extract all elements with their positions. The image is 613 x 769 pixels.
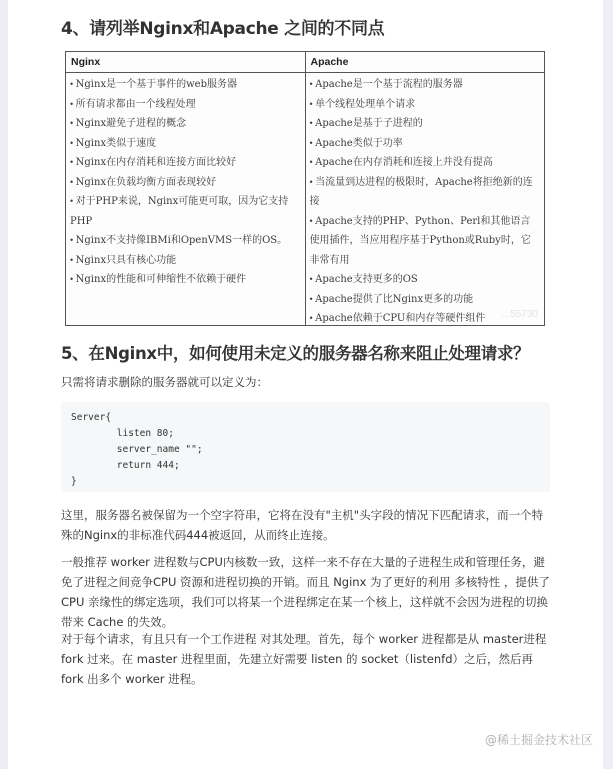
apache-column-header: Apache	[306, 52, 545, 73]
apache-item: Apache支持的PHP、Python、Perl和其他语言使用插件，当应用程序基…	[310, 212, 541, 271]
paragraph-empty-server-name: 这里，服务器名被保留为一个空字符串，它将在没有"主机"头字段的情况下匹配请求，而…	[61, 505, 551, 545]
nginx-column-body: Nginx是一个基于事件的web服务器 所有请求都由一个线程处理 Nginx避免…	[66, 73, 305, 290]
apache-item: Apache在内存消耗和连接上并没有提高	[310, 153, 541, 173]
footer-watermark: @稀土掘金技术社区	[485, 731, 593, 748]
document-page: 4、请列举Nginx和Apache 之间的不同点 Nginx Nginx是一个基…	[8, 0, 603, 769]
apache-item: Apache类似于功率	[310, 134, 541, 154]
nginx-apache-comparison-table: Nginx Nginx是一个基于事件的web服务器 所有请求都由一个线程处理 N…	[65, 51, 545, 326]
nginx-item: Nginx在内存消耗和连接方面比较好	[70, 153, 301, 173]
code-block: Server{ listen 80; server_name ""; retur…	[61, 402, 550, 492]
nginx-item: Nginx只具有核心功能	[70, 251, 301, 271]
apache-item: Apache是一个基于流程的服务器	[310, 75, 541, 95]
nginx-column-header: Nginx	[66, 52, 305, 73]
apache-column: Apache Apache是一个基于流程的服务器 单个线程处理单个请求 Apac…	[305, 52, 545, 325]
apache-item: Apache提供了比Nginx更多的功能	[310, 290, 541, 310]
apache-item: Apache支持更多的OS	[310, 270, 541, 290]
nginx-item: Nginx不支持像IBMi和OpenVMS一样的OS。	[70, 231, 301, 251]
nginx-item: Nginx在负载均衡方面表现较好	[70, 173, 301, 193]
apache-item: Apache是基于子进程的	[310, 114, 541, 134]
nginx-item: Nginx是一个基于事件的web服务器	[70, 75, 301, 95]
image-watermark: ...55730	[502, 309, 538, 320]
apache-item: 当流量到达进程的极限时，Apache将拒绝新的连接	[310, 173, 541, 212]
nginx-item: Nginx的性能和可伸缩性不依赖于硬件	[70, 270, 301, 290]
apache-item: 单个线程处理单个请求	[310, 95, 541, 115]
nginx-column: Nginx Nginx是一个基于事件的web服务器 所有请求都由一个线程处理 N…	[66, 52, 305, 325]
section-5-intro: 只需将请求删除的服务器就可以定义为：	[61, 372, 551, 392]
nginx-item: 对于PHP来说，Nginx可能更可取，因为它支持PHP	[70, 192, 301, 231]
nginx-item: Nginx类似于速度	[70, 134, 301, 154]
section-5-heading: 5、在Nginx中，如何使用未定义的服务器名称来阻止处理请求？	[61, 340, 529, 364]
section-4-heading: 4、请列举Nginx和Apache 之间的不同点	[61, 14, 384, 39]
apache-column-body: Apache是一个基于流程的服务器 单个线程处理单个请求 Apache是基于子进…	[306, 73, 545, 329]
paragraph-master-fork: 对于每个请求，有且只有一个工作进程 对其处理。首先，每个 worker 进程都是…	[61, 629, 551, 689]
paragraph-worker-cpu-affinity: 一般推荐 worker 进程数与CPU内核数一致，这样一来不存在大量的子进程生成…	[61, 552, 551, 632]
nginx-item: 所有请求都由一个线程处理	[70, 95, 301, 115]
nginx-item: Nginx避免子进程的概念	[70, 114, 301, 134]
